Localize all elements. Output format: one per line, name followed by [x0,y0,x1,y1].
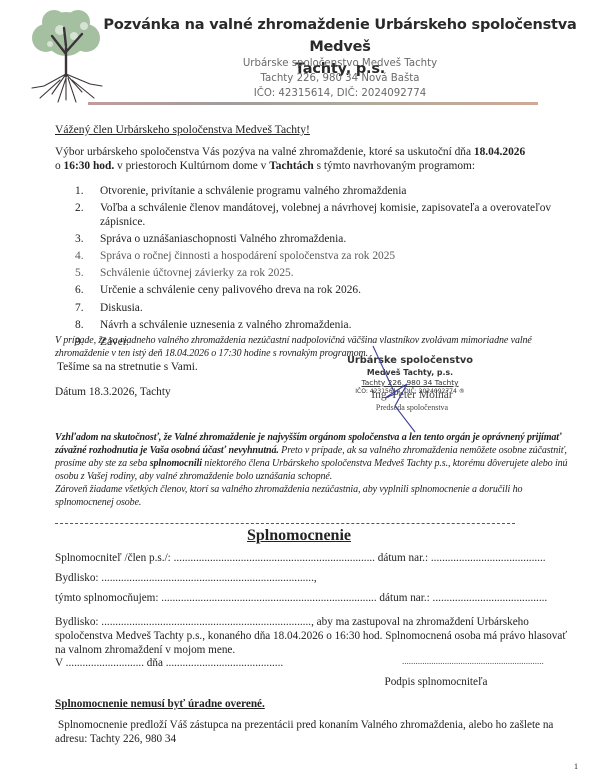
closing-line: Tešíme sa na stretnutie s Vami. [57,360,198,374]
agenda-item-number: 5. [75,266,84,280]
agenda-item-text: Voľba a schválenie členov mandátovej, vo… [100,202,551,228]
agenda-item: 8.Návrh a schválenie uznesenia z valného… [75,318,555,332]
org-name: Urbárske spoločenstvo Medveš Tachty [100,56,580,72]
agenda-item: 2.Voľba a schválenie členov mandátovej, … [75,201,555,229]
agenda-item-text: Návrh a schválenie uznesenia z valného z… [100,319,351,331]
page-number: 1 [574,762,578,771]
agenda-item-text: Správa o uznášaniaschopnosti Valného zhr… [100,233,346,245]
agenda-list: 1.Otvorenie, privítanie a schválenie pro… [75,184,555,352]
org-address: Tachty 226, 980 34 Nová Bašta [100,71,580,87]
agenda-item-text: Diskusia. [100,302,143,314]
meeting-date: 18.04.2026 [474,146,525,158]
date-place: Dátum 18.3.2026, Tachty [55,385,171,399]
agenda-item: 5.Schválenie účtovnej závierky za rok 20… [75,266,555,280]
intro-text: v priestoroch Kultúrnom dome v [114,160,269,172]
agenda-item-number: 7. [75,301,84,315]
intro-text: s týmto navrhovaným programom: [314,160,475,172]
agenda-item-number: 2. [75,201,84,215]
proxy-holder-address-paragraph[interactable]: Bydlisko: ..............................… [55,615,575,657]
attendance-importance-paragraph: Vzhľadom na skutočnosť, že Valné zhromaž… [55,431,580,510]
agenda-item: 3.Správa o uznášaniaschopnosti Valného z… [75,232,555,246]
submission-note: Splnomocnenie predloží Váš zástupca na p… [55,718,575,746]
agenda-item-text: Správa o ročnej činnosti a hospodárení s… [100,250,395,262]
agenda-item: 4.Správa o ročnej činnosti a hospodárení… [75,249,555,263]
org-ids: IČO: 42315614, DIČ: 2024092774 [100,86,580,102]
importance-text: Zároveň žiadame všetkých členov, ktorí s… [55,484,522,508]
proxy-holder-field[interactable]: týmto splnomocňujem: ...................… [55,592,547,604]
tree-with-roots-icon [24,6,108,104]
cut-line-divider [55,523,515,524]
signature-field[interactable]: ........................................… [402,656,544,666]
agenda-item-number: 4. [75,249,84,263]
signature-caption: Podpis splnomocniteľa [371,676,501,688]
meeting-time: 16:30 hod. [64,160,115,172]
agenda-item-number: 6. [75,283,84,297]
intro-text: o [55,160,64,172]
agenda-item: 7.Diskusia. [75,301,555,315]
handwritten-signature-icon [365,344,425,434]
intro-paragraph: Výbor urbárskeho spoločenstva Vás pozýva… [55,145,575,173]
notarization-note: Splnomocnenie nemusí byť úradne overené. [55,698,265,710]
agenda-item-text: Otvorenie, privítanie a schválenie progr… [100,185,406,197]
agenda-item: 1.Otvorenie, privítanie a schválenie pro… [75,184,555,198]
greeting: Vážený člen Urbárskeho spoločenstva Medv… [55,123,310,137]
importance-bold: splnomocnili [150,458,202,469]
grantor-field[interactable]: Splnomocniteľ /člen p.s./: .............… [55,552,546,564]
meeting-place: Tachtách [269,160,314,172]
grantor-address-field[interactable]: Bydlisko: ..............................… [55,572,317,584]
agenda-item-number: 8. [75,318,84,332]
title-line-1: Pozvánka na valné zhromaždenie Urbárskeh… [100,14,580,58]
agenda-item-number: 3. [75,232,84,246]
place-date-field[interactable]: V ............................ dňa .....… [55,657,283,669]
agenda-item: 6.Určenie a schválenie ceny palivového d… [75,283,555,297]
agenda-item-text: Určenie a schválenie ceny palivového dre… [100,284,361,296]
agenda-item-text: Schválenie účtovnej závierky za rok 2025… [100,267,294,279]
extraordinary-meeting-notice: V prípade, že sa riadneho valného zhroma… [55,335,580,360]
proxy-form-title: Splnomocnenie [0,527,598,545]
agenda-item-number: 1. [75,184,84,198]
header-divider [88,102,538,105]
intro-text: Výbor urbárskeho spoločenstva Vás pozýva… [55,146,474,158]
